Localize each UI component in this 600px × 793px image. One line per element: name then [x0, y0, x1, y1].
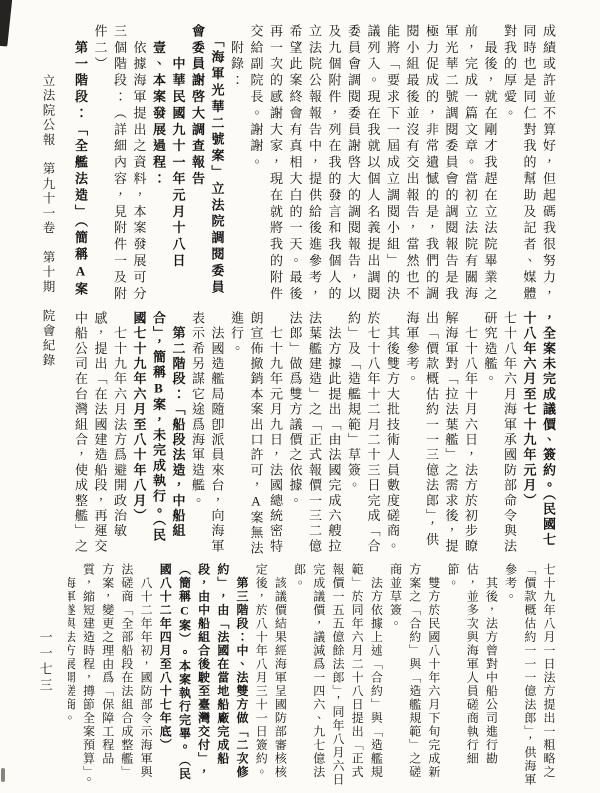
paragraph: 第二階段：「船段法造，中船組合」，簡稱B案，未完成執行。（民國七十九年六月至八十…: [129, 311, 188, 558]
paragraph: 最後，就在剛才我趕在立法院畢業之前，完成一篇文章。當初立法院有關海軍光華二號調閱…: [246, 24, 500, 308]
paragraph: 該議價結果經海軍呈國防部審核核定後，於八十年八月三十一日簽約。: [251, 563, 289, 787]
paragraph: 第一階段：「全艦法造」（簡稱A案: [71, 24, 91, 308]
paragraph: 法國造艦局隨卽派員來台，向海軍表示希另謀它途爲海軍造艦。: [188, 311, 227, 558]
paragraph: 法方據此提出「由法國完成六艘拉法葉艦建造」之「正式報價一三二億法郎」做爲雙方議價…: [285, 311, 344, 558]
text-band-bottom: 七十九年八月一日法方提出一粗略之「價款概估約一一一億法郎」，供海軍參考。 其後，…: [68, 563, 558, 787]
paragraph: 附錄：: [227, 24, 247, 308]
paragraph: 七十九年八月一日法方提出一粗略之「價款概估約一一一億法郎」，供海軍參考。: [500, 563, 558, 787]
paragraph: 法方依據上述「合約」與「造艦規範」於同年六月二十八日提出「正式報價一五五億餘法郎…: [289, 563, 385, 787]
paragraph: 「海軍光華二號案」立法院調閱委員會委員謝啓大調查報告: [188, 24, 227, 308]
paragraph: 其後，法方曾對中船公司進行勘估，並多次與海軍人員磋商執行細節。: [443, 563, 501, 787]
sidebar-citation: 立法院公報 第九十一卷 第十期 院會紀錄: [40, 74, 55, 434]
page-number: 一一七三: [37, 630, 53, 720]
paragraph: 七十九年六月法方爲避開政治敏感，提出「在法國建造船段，再運交中船公司在台灣組合，…: [68, 311, 129, 558]
paragraph: 七十九年元月九日，法國總統密特朗宣佈撤銷本案出口許可，A案無法進行。: [227, 311, 286, 558]
paragraph: 雙方於民國八十年六月下旬完成新方案之「合約」與「造艦規範」之磋商並草簽。: [385, 563, 443, 787]
paragraph: 第三階段：中、法雙方做「二次修約」，由「法國在當地船廠完成船段，由中船組合後駛至…: [155, 563, 251, 787]
paragraph: ，全案未完成議價、簽約。（民國七十八年六月至七十九年元月）: [519, 311, 558, 558]
paragraph: 海軍遂與法方展開磋商。: [68, 563, 78, 787]
paragraph: 七十八年六月海軍承國防部命令與法研究造艦。: [480, 311, 519, 558]
paragraph: 八十二年年初，國防部令示海軍與法磋商「全部船段在法組合成整艦」方案，變更之理由爲…: [78, 563, 155, 787]
text-band-top: 成績或許並不算好，但起碼我很努力，同時也是同仁對我的幫助及記者、媒體對我的厚愛。…: [68, 24, 558, 308]
paragraph: 壹、本案發展過程：: [149, 24, 169, 308]
paragraph: 七十八年十月六日，法方於初步瞭解海軍對「拉法葉艦」之需求後，提出「價款概估約一一…: [402, 311, 480, 558]
scan-artifact-corner: [0, 0, 13, 47]
gazette-page: 立法院公報 第九十一卷 第十期 院會紀錄 一一七三 成績或許並不算好，但起碼我很…: [0, 0, 600, 793]
text-band-middle: ，全案未完成議價、簽約。（民國七十八年六月至七十九年元月）七十八年六月海軍承國防…: [68, 311, 558, 558]
paragraph: 中華民國九十一年元月十八日: [168, 24, 188, 308]
paragraph: 依據海軍提出之資料，本案發展可分三個階段：（詳細內容，見附件一及附件二）: [90, 24, 149, 308]
scan-artifact-speck: [1, 768, 5, 782]
paragraph: 其後雙方大批技術人員數度磋商。於七十八年十二月二十三日完成「合約」及「造艦規範」…: [344, 311, 403, 558]
paragraph: 成績或許並不算好，但起碼我很努力，同時也是同仁對我的幫助及記者、媒體對我的厚愛。: [500, 24, 559, 308]
